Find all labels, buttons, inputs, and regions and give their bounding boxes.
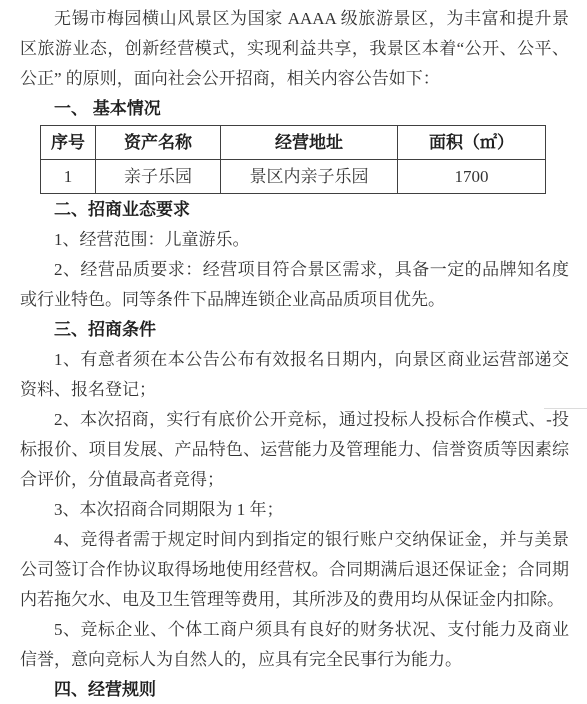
section-2-item-2: 2、经营品质要求：经营项目符合景区需求，具备一定的品牌知名度或行业特色。同等条件… bbox=[20, 255, 569, 315]
section-2-item-1: 1、经营范围：儿童游乐。 bbox=[20, 225, 569, 255]
table-cell-address: 景区内亲子乐园 bbox=[221, 160, 398, 194]
section-3-item-1: 1、有意者须在本公告公布有效报名日期内，向景区商业运营部递交资料、报名登记； bbox=[20, 345, 569, 405]
intro-paragraph: 无锡市梅园横山风景区为国家 AAAA 级旅游景区，为丰富和提升景区旅游业态，创新… bbox=[20, 4, 569, 94]
section-3-item-4: 4、竞得者需于规定时间内到指定的银行账户交纳保证金，并与美景公司签订合作协议取得… bbox=[20, 525, 569, 615]
table-cell-asset-name: 亲子乐园 bbox=[96, 160, 221, 194]
table-row: 1 亲子乐园 景区内亲子乐园 1700 bbox=[41, 160, 546, 194]
announcement-document: 无锡市梅园横山风景区为国家 AAAA 级旅游景区，为丰富和提升景区旅游业态，创新… bbox=[0, 0, 587, 704]
section-3-item-2: 2、本次招商，实行有底价公开竞标，通过投标人投标合作模式、-投标报价、项目发展、… bbox=[20, 405, 569, 495]
section-3-item-3: 3、本次招商合同期限为 1 年； bbox=[20, 495, 569, 525]
section-2-heading: 二、招商业态要求 bbox=[20, 195, 569, 225]
table-header-area: 面积（㎡） bbox=[398, 126, 546, 160]
table-cell-area: 1700 bbox=[398, 160, 546, 194]
table-cell-index: 1 bbox=[41, 160, 96, 194]
scan-artifact-line bbox=[544, 408, 587, 409]
section-3-item-5: 5、竞标企业、个体工商户须具有良好的财务状况、支付能力及商业信誉，意向竞标人为自… bbox=[20, 615, 569, 675]
assets-table: 序号 资产名称 经营地址 面积（㎡） 1 亲子乐园 景区内亲子乐园 1700 bbox=[40, 125, 546, 194]
section-4-heading: 四、经营规则 bbox=[20, 675, 569, 704]
table-header-asset-name: 资产名称 bbox=[96, 126, 221, 160]
section-1-heading: 一、 基本情况 bbox=[20, 94, 569, 124]
table-header-index: 序号 bbox=[41, 126, 96, 160]
section-3-heading: 三、招商条件 bbox=[20, 315, 569, 345]
table-header-row: 序号 资产名称 经营地址 面积（㎡） bbox=[41, 126, 546, 160]
table-header-address: 经营地址 bbox=[221, 126, 398, 160]
